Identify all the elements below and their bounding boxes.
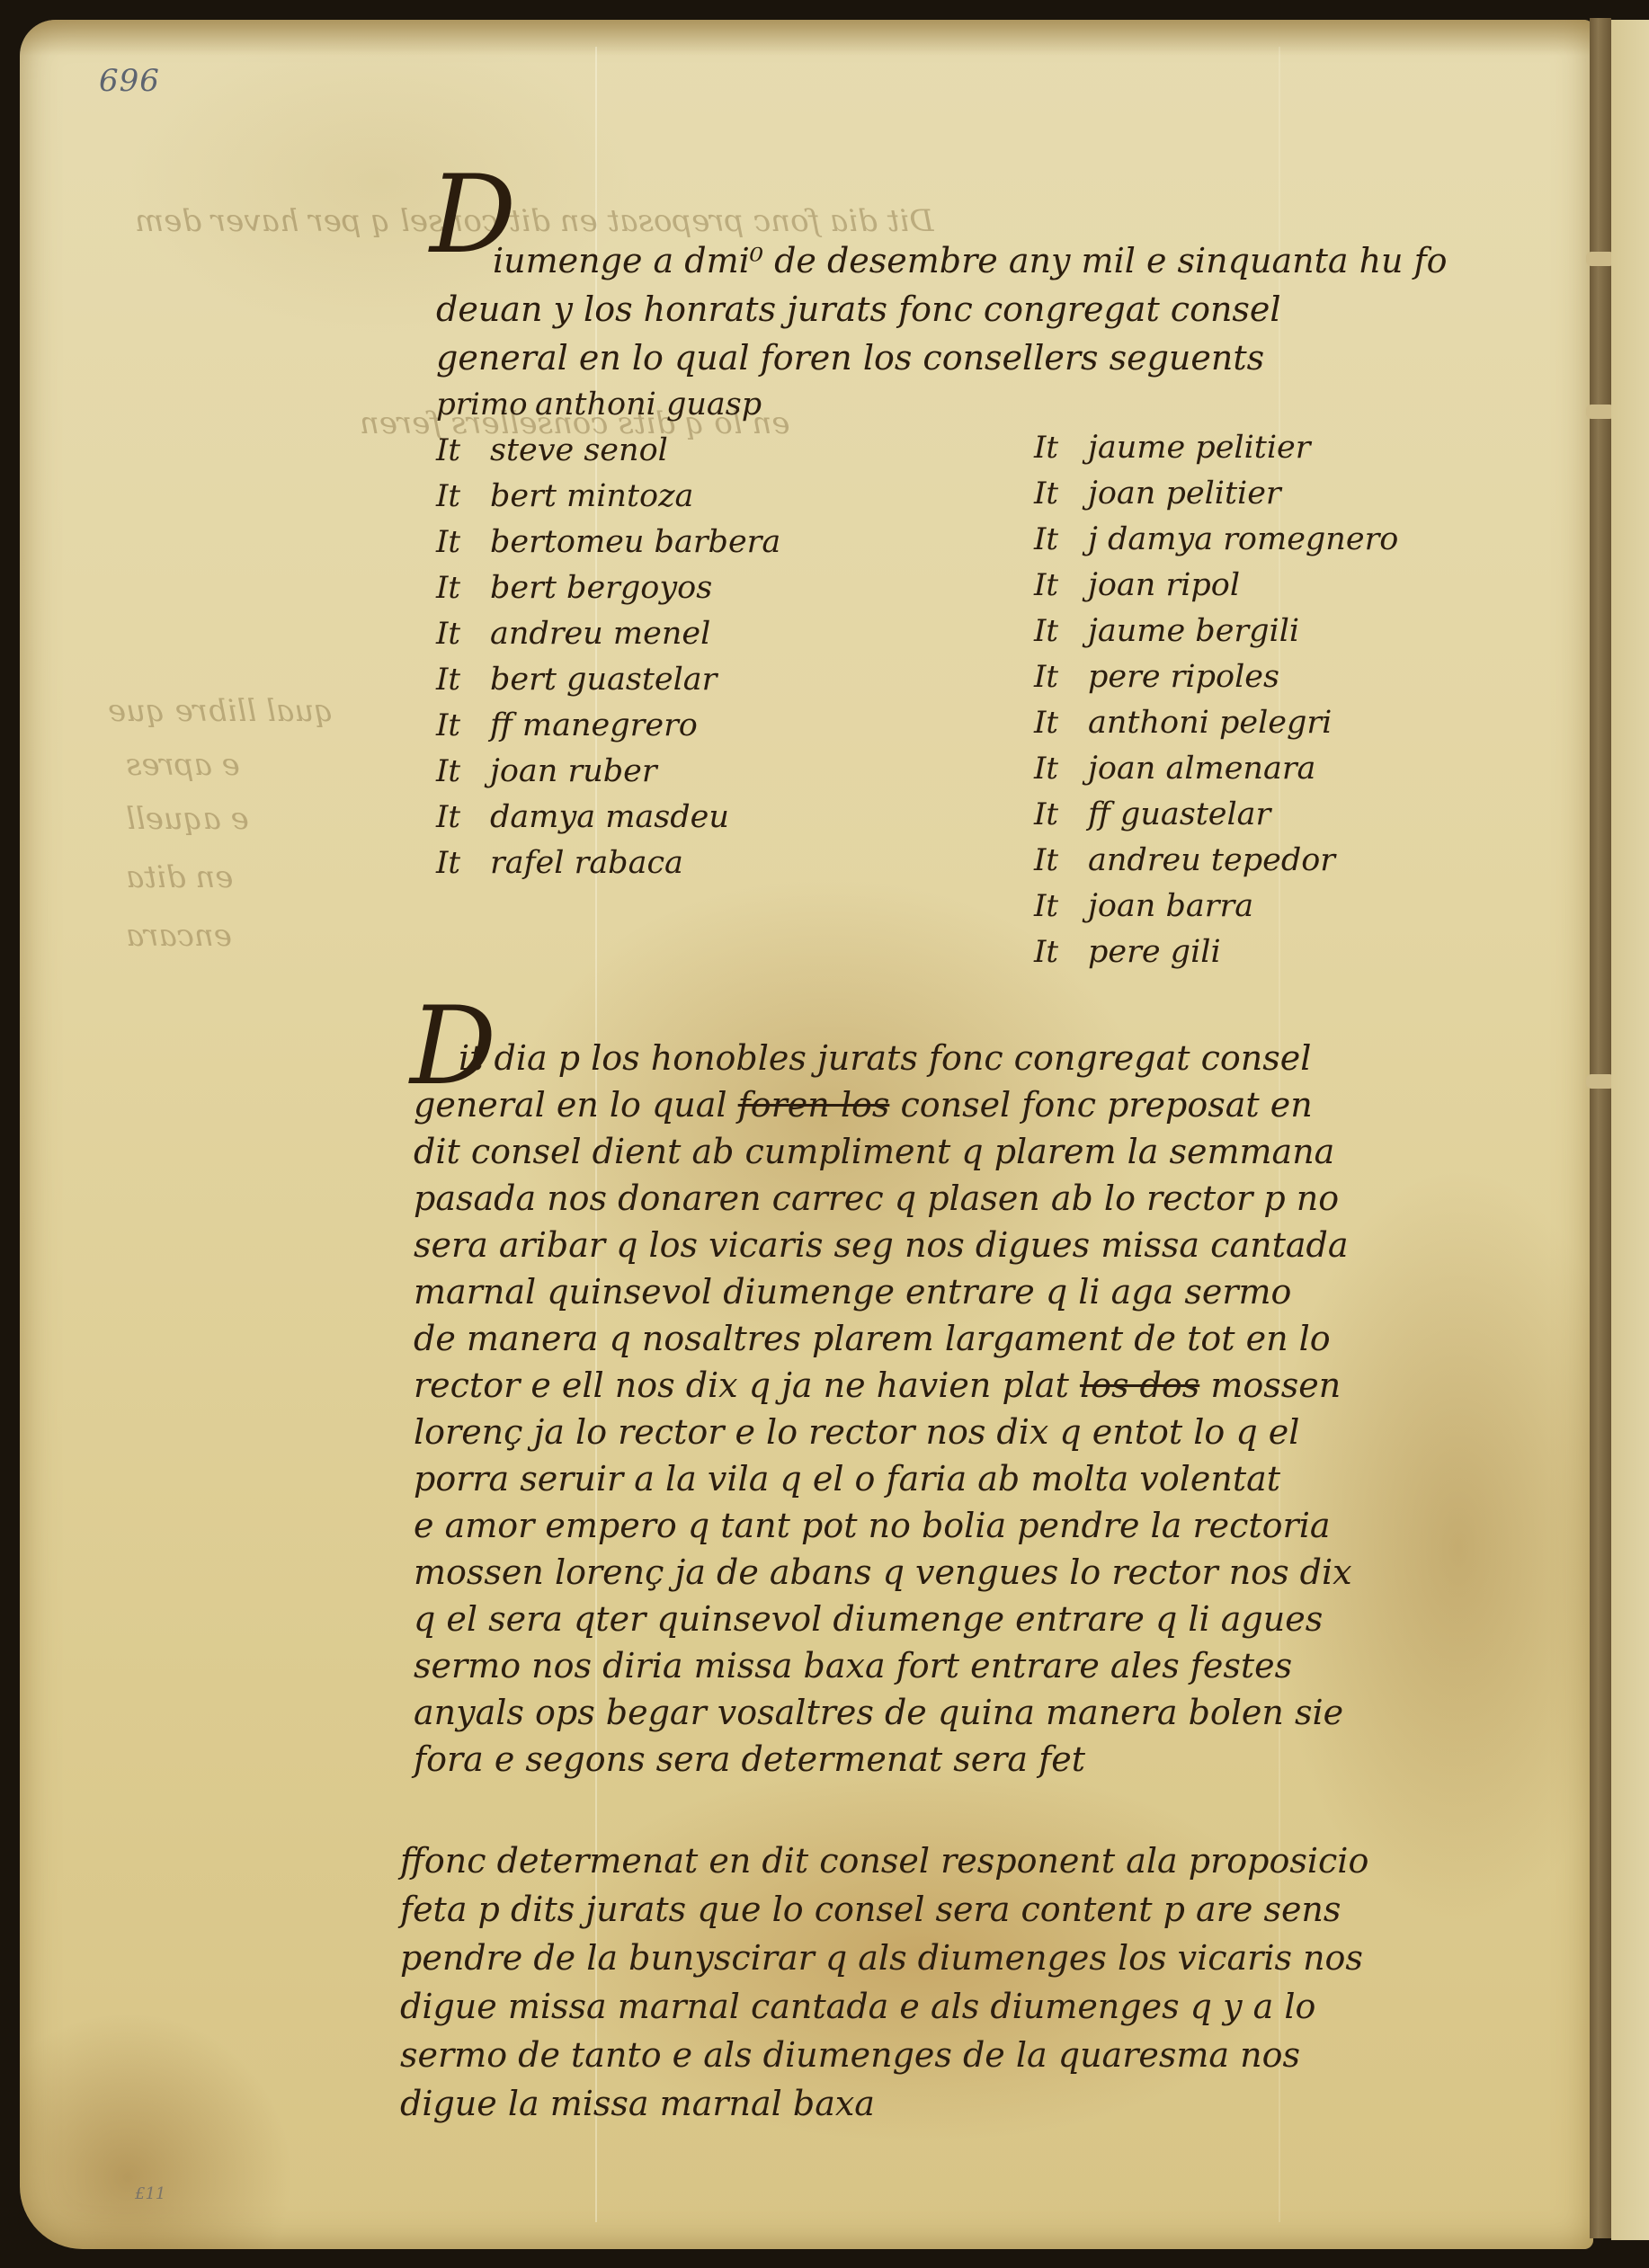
paragraph-line: marnal quinsevol diumenge entrare q li a…: [414, 1272, 1291, 1312]
councillor-entry: primoanthoni guasp: [436, 387, 780, 432]
paragraph-line: dit consel dient ab cumpliment q plarem …: [414, 1132, 1334, 1171]
heading-line: deuan y los honrats jurats fonc congrega…: [436, 289, 1281, 329]
paragraph-line: e amor empero q tant pot no bolia pendre…: [414, 1506, 1331, 1545]
councillor-entry: Itsteve senol: [436, 432, 780, 478]
paragraph-line: de manera q nosaltres plarem largament d…: [414, 1319, 1331, 1358]
councillor-entry: Itff manegrero: [436, 707, 780, 753]
councillor-entry: Itff guastelar: [1034, 796, 1398, 842]
heading-line: general en lo qual foren los consellers …: [436, 338, 1264, 378]
paragraph-line: anyals ops begar vosaltres de quina mane…: [414, 1693, 1343, 1732]
paragraph-line: sermo de tanto e als diumenges de la qua…: [400, 2035, 1300, 2075]
paragraph-line: ffonc determenat en dit consel responent…: [400, 1841, 1368, 1881]
show-through-text: e aquell: [126, 791, 249, 847]
show-through-text: e apres: [126, 737, 240, 793]
struck-text: foren los: [738, 1085, 890, 1125]
councillor-entry: Itbert bergoyos: [436, 570, 780, 616]
councillor-entry: Itpere gili: [1034, 934, 1398, 980]
councillor-entry: Itrafel rabaca: [436, 845, 780, 891]
paragraph-line: general en lo qual foren los consel fonc…: [414, 1085, 1313, 1125]
councillor-entry: Itj damya romegnero: [1034, 521, 1398, 567]
paragraph-line: digue la missa marnal baxa: [400, 2084, 875, 2123]
paragraph-line: sera aribar q los vicaris seg nos digues…: [414, 1225, 1348, 1265]
folio-number: 696: [99, 63, 160, 99]
paragraph-line: feta p dits jurats que lo consel sera co…: [400, 1890, 1341, 1929]
councillors-list-left: primoanthoni guasp Itsteve senol Itbert …: [436, 387, 780, 891]
paragraph-line: pendre de la bunyscirar q als diumenges …: [400, 1938, 1363, 1978]
councillor-entry: Itbertomeu barbera: [436, 524, 780, 570]
councillor-entry: Itpere ripoles: [1034, 659, 1398, 705]
councillor-entry: Itanthoni pelegri: [1034, 705, 1398, 751]
pencil-mark: £11: [135, 2184, 165, 2203]
paragraph-line: mossen lorenç ja de abans q vengues lo r…: [414, 1552, 1352, 1592]
paragraph-line: q el sera qter quinsevol diumenge entrar…: [414, 1599, 1323, 1639]
councillor-entry: Itbert guastelar: [436, 662, 780, 707]
councillor-entry: Itjoan pelitier: [1034, 476, 1398, 521]
councillor-entry: Itjoan almenara: [1034, 751, 1398, 796]
councillor-entry: Itjaume pelitier: [1034, 430, 1398, 476]
councillor-entry: Itjaume bergili: [1034, 613, 1398, 659]
book-binding-gutter: [1590, 18, 1611, 2238]
paragraph-line: lorenç ja lo rector e lo rector nos dix …: [414, 1412, 1299, 1452]
show-through-text: en dita: [126, 849, 233, 905]
councillor-entry: Itandreu menel: [436, 616, 780, 662]
paragraph-line: fora e segons sera determenat sera fet: [414, 1739, 1085, 1779]
paragraph-line: sermo nos diria missa baxa fort entrare …: [414, 1646, 1292, 1685]
paragraph-line: porra seruir a la vila q el o faria ab m…: [414, 1459, 1280, 1499]
councillor-entry: Itandreu tepedor: [1034, 842, 1398, 888]
councillor-entry: Itjoan ruber: [436, 753, 780, 799]
paragraph-line: digue missa marnal cantada e als diumeng…: [400, 1987, 1315, 2026]
heading-line: iumenge a dmi⁰ de desembre any mil e sin…: [493, 241, 1448, 280]
show-through-text: encara: [126, 908, 232, 964]
show-through-text: qual llibre que: [108, 683, 334, 739]
struck-text: los dos: [1080, 1365, 1199, 1405]
councillors-list-right: Itjaume pelitier Itjoan pelitier Itj dam…: [1034, 430, 1398, 980]
councillor-entry: Itdamya masdeu: [436, 799, 780, 845]
councillor-entry: Itbert mintoza: [436, 478, 780, 524]
paragraph-line: pasada nos donaren carrec q plasen ab lo…: [414, 1178, 1339, 1218]
adjacent-page-edge: [1611, 20, 1649, 2240]
paragraph-line: it dia p los honobles jurats fonc congre…: [459, 1038, 1311, 1078]
councillor-entry: Itjoan ripol: [1034, 567, 1398, 613]
councillor-entry: Itjoan barra: [1034, 888, 1398, 934]
paragraph-line: rector e ell nos dix q ja ne havien plat…: [414, 1365, 1341, 1405]
